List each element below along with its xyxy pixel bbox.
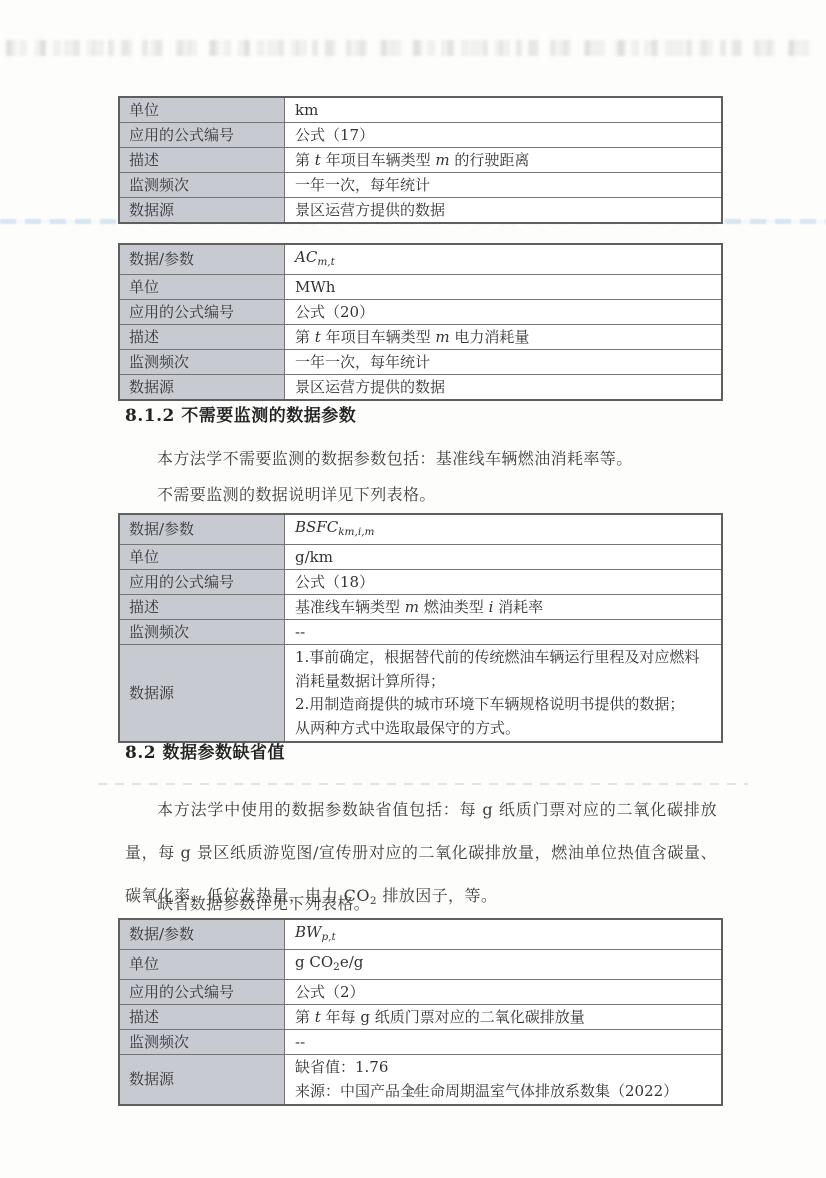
text-segment: 第 bbox=[295, 1008, 315, 1026]
table-row: 应用的公式编号公式（2） bbox=[120, 979, 721, 1004]
text-segment: MWh bbox=[295, 278, 335, 296]
row-label: 描述 bbox=[120, 325, 285, 349]
styled-segment: AC bbox=[295, 248, 317, 266]
row-label: 监测频次 bbox=[120, 350, 285, 374]
text-segment: 年项目车辆类型 bbox=[321, 151, 436, 169]
row-value: -- bbox=[285, 1030, 721, 1054]
cell-text: ACm,t bbox=[295, 246, 707, 273]
scan-artifact-line-gray bbox=[98, 783, 748, 785]
row-label: 监测频次 bbox=[120, 620, 285, 644]
text-segment: 年每 g 纸质门票对应的二氧化碳排放量 bbox=[321, 1008, 585, 1026]
paragraph-812-2: 不需要监测的数据说明详见下列表格。 bbox=[125, 484, 717, 506]
text-segment: 公式（17） bbox=[295, 126, 374, 144]
styled-segment: BSFC bbox=[295, 518, 338, 536]
text-segment: 一年一次，每年统计 bbox=[295, 176, 430, 194]
row-value: MWh bbox=[285, 275, 721, 299]
row-label: 数据源 bbox=[120, 645, 285, 741]
table-row: 数据源景区运营方提供的数据 bbox=[120, 197, 721, 222]
styled-segment: m,t bbox=[317, 256, 335, 268]
cell-line: 缺省值：1.76 bbox=[295, 1056, 707, 1080]
text-segment: 一年一次，每年统计 bbox=[295, 353, 430, 371]
row-value: 景区运营方提供的数据 bbox=[285, 198, 721, 222]
row-value: 一年一次，每年统计 bbox=[285, 350, 721, 374]
row-label: 数据源 bbox=[120, 198, 285, 222]
row-label: 监测频次 bbox=[120, 173, 285, 197]
parameter-table-bw: 数据/参数BWp,t单位g CO2e/g应用的公式编号公式（2）描述第 t 年每… bbox=[118, 918, 723, 1106]
row-label: 描述 bbox=[120, 1005, 285, 1029]
cell-text: g/km bbox=[295, 546, 707, 568]
text-segment: 第 bbox=[295, 328, 315, 346]
row-value: 景区运营方提供的数据 bbox=[285, 375, 721, 399]
parameter-table-distance: 单位km应用的公式编号公式（17）描述第 t 年项目车辆类型 m 的行驶距离监测… bbox=[118, 96, 723, 224]
text-segment: 消耗率 bbox=[493, 598, 543, 616]
row-label: 应用的公式编号 bbox=[120, 570, 285, 594]
table-row: 应用的公式编号公式（18） bbox=[120, 569, 721, 594]
styled-segment: m bbox=[435, 151, 449, 169]
table-row: 数据源景区运营方提供的数据 bbox=[120, 374, 721, 399]
parameter-table-electricity: 数据/参数ACm,t单位MWh应用的公式编号公式（20）描述第 t 年项目车辆类… bbox=[118, 243, 723, 401]
row-label: 单位 bbox=[120, 275, 285, 299]
row-label: 数据/参数 bbox=[120, 920, 285, 949]
table-row: 单位g/km bbox=[120, 544, 721, 569]
styled-segment: 2 bbox=[333, 961, 340, 973]
row-value: 公式（18） bbox=[285, 570, 721, 594]
row-value: g CO2e/g bbox=[285, 950, 721, 979]
row-value: 公式（2） bbox=[285, 980, 721, 1004]
text-segment: 景区运营方提供的数据 bbox=[295, 201, 445, 219]
table-row: 描述第 t 年项目车辆类型 m 的行驶距离 bbox=[120, 147, 721, 172]
table-row: 应用的公式编号公式（20） bbox=[120, 299, 721, 324]
row-label: 监测频次 bbox=[120, 1030, 285, 1054]
row-value: 基准线车辆类型 m 燃油类型 i 消耗率 bbox=[285, 595, 721, 619]
cell-text: BWp,t bbox=[295, 921, 707, 948]
cell-text: 公式（17） bbox=[295, 124, 707, 146]
row-value: 公式（20） bbox=[285, 300, 721, 324]
table-row: 描述第 t 年每 g 纸质门票对应的二氧化碳排放量 bbox=[120, 1004, 721, 1029]
table-row: 数据/参数BSFCkm,i,m bbox=[120, 515, 721, 544]
table-row: 数据/参数BWp,t bbox=[120, 920, 721, 949]
row-label: 单位 bbox=[120, 545, 285, 569]
styled-segment: p,t bbox=[321, 931, 335, 943]
parameter-table-bsfc: 数据/参数BSFCkm,i,m单位g/km应用的公式编号公式（18）描述基准线车… bbox=[118, 513, 723, 743]
cell-text: 公式（2） bbox=[295, 981, 707, 1003]
row-value: BSFCkm,i,m bbox=[285, 515, 721, 544]
row-value: 公式（17） bbox=[285, 123, 721, 147]
text-segment: 年项目车辆类型 bbox=[321, 328, 436, 346]
table-row: 描述基准线车辆类型 m 燃油类型 i 消耗率 bbox=[120, 594, 721, 619]
styled-segment: m bbox=[405, 598, 419, 616]
row-value: -- bbox=[285, 620, 721, 644]
text-segment: km bbox=[295, 101, 318, 119]
text-segment: e/g bbox=[340, 953, 364, 971]
cell-text: 基准线车辆类型 m 燃油类型 i 消耗率 bbox=[295, 596, 707, 618]
cell-line: 2.用制造商提供的城市环境下车辆规格说明书提供的数据； bbox=[295, 693, 707, 717]
page-number: 14 bbox=[0, 1085, 826, 1100]
table-row: 描述第 t 年项目车辆类型 m 电力消耗量 bbox=[120, 324, 721, 349]
text-segment: g CO bbox=[295, 953, 333, 971]
scan-noise-band bbox=[6, 40, 818, 56]
styled-segment: km,i,m bbox=[338, 526, 374, 538]
section-heading-812: 8.1.2 不需要监测的数据参数 bbox=[125, 401, 356, 426]
cell-text: 一年一次，每年统计 bbox=[295, 174, 707, 196]
cell-text: 景区运营方提供的数据 bbox=[295, 199, 707, 221]
row-value: ACm,t bbox=[285, 245, 721, 274]
text-segment: 电力消耗量 bbox=[450, 328, 530, 346]
cell-text: -- bbox=[295, 621, 707, 643]
row-label: 单位 bbox=[120, 950, 285, 979]
cell-text: 第 t 年项目车辆类型 m 电力消耗量 bbox=[295, 326, 707, 348]
cell-text: 第 t 年项目车辆类型 m 的行驶距离 bbox=[295, 149, 707, 171]
row-label: 数据源 bbox=[120, 375, 285, 399]
text-segment: -- bbox=[295, 623, 305, 641]
text-segment: 燃油类型 bbox=[419, 598, 489, 616]
cell-text: g CO2e/g bbox=[295, 951, 707, 978]
row-value: 第 t 年项目车辆类型 m 电力消耗量 bbox=[285, 325, 721, 349]
table-row: 单位km bbox=[120, 98, 721, 122]
text-segment: g/km bbox=[295, 548, 333, 566]
cell-text: 第 t 年每 g 纸质门票对应的二氧化碳排放量 bbox=[295, 1006, 707, 1028]
row-label: 应用的公式编号 bbox=[120, 980, 285, 1004]
text-segment: 公式（20） bbox=[295, 303, 374, 321]
document-page: 单位km应用的公式编号公式（17）描述第 t 年项目车辆类型 m 的行驶距离监测… bbox=[0, 0, 826, 1178]
cell-text: 一年一次，每年统计 bbox=[295, 351, 707, 373]
row-label: 应用的公式编号 bbox=[120, 123, 285, 147]
table-row: 单位g CO2e/g bbox=[120, 949, 721, 979]
styled-segment: m bbox=[435, 328, 449, 346]
table-row: 监测频次一年一次，每年统计 bbox=[120, 349, 721, 374]
table-row: 数据/参数ACm,t bbox=[120, 245, 721, 274]
cell-text: 公式（18） bbox=[295, 571, 707, 593]
paragraph-812-1: 本方法学不需要监测的数据参数包括：基准线车辆燃油消耗率等。 bbox=[125, 448, 717, 470]
cell-line: 从两种方式中选取最保守的方式。 bbox=[295, 717, 707, 741]
text-segment: 公式（18） bbox=[295, 573, 374, 591]
table-row: 监测频次一年一次，每年统计 bbox=[120, 172, 721, 197]
row-label: 数据/参数 bbox=[120, 245, 285, 274]
row-label: 描述 bbox=[120, 595, 285, 619]
text-segment: 第 bbox=[295, 151, 315, 169]
row-label: 应用的公式编号 bbox=[120, 300, 285, 324]
row-label: 数据/参数 bbox=[120, 515, 285, 544]
cell-text: BSFCkm,i,m bbox=[295, 516, 707, 543]
row-value: BWp,t bbox=[285, 920, 721, 949]
row-value: g/km bbox=[285, 545, 721, 569]
table-row: 单位MWh bbox=[120, 274, 721, 299]
cell-text: MWh bbox=[295, 276, 707, 298]
row-value: 一年一次，每年统计 bbox=[285, 173, 721, 197]
styled-segment: BW bbox=[295, 923, 321, 941]
row-label: 描述 bbox=[120, 148, 285, 172]
cell-text: km bbox=[295, 99, 707, 121]
text-segment: 基准线车辆类型 bbox=[295, 598, 405, 616]
row-value: 第 t 年每 g 纸质门票对应的二氧化碳排放量 bbox=[285, 1005, 721, 1029]
cell-text: 景区运营方提供的数据 bbox=[295, 376, 707, 398]
row-value: 第 t 年项目车辆类型 m 的行驶距离 bbox=[285, 148, 721, 172]
text-segment: 公式（2） bbox=[295, 983, 365, 1001]
text-segment: -- bbox=[295, 1033, 305, 1051]
table-row: 数据源1.事前确定，根据替代前的传统燃油车辆运行里程及对应燃料消耗量数据计算所得… bbox=[120, 644, 721, 741]
table-row: 监测频次-- bbox=[120, 1029, 721, 1054]
section-heading-82: 8.2 数据参数缺省值 bbox=[125, 738, 285, 763]
cell-text: 公式（20） bbox=[295, 301, 707, 323]
row-label: 单位 bbox=[120, 98, 285, 122]
row-value: 1.事前确定，根据替代前的传统燃油车辆运行里程及对应燃料消耗量数据计算所得；2.… bbox=[285, 645, 721, 741]
text-segment: 的行驶距离 bbox=[450, 151, 530, 169]
table-row: 应用的公式编号公式（17） bbox=[120, 122, 721, 147]
cell-line: 1.事前确定，根据替代前的传统燃油车辆运行里程及对应燃料消耗量数据计算所得； bbox=[295, 646, 707, 693]
row-value: km bbox=[285, 98, 721, 122]
cell-text: -- bbox=[295, 1031, 707, 1053]
text-segment: 景区运营方提供的数据 bbox=[295, 378, 445, 396]
table-row: 监测频次-- bbox=[120, 619, 721, 644]
paragraph-82-2: 缺省数据参数详见下列表格。 bbox=[125, 893, 717, 915]
